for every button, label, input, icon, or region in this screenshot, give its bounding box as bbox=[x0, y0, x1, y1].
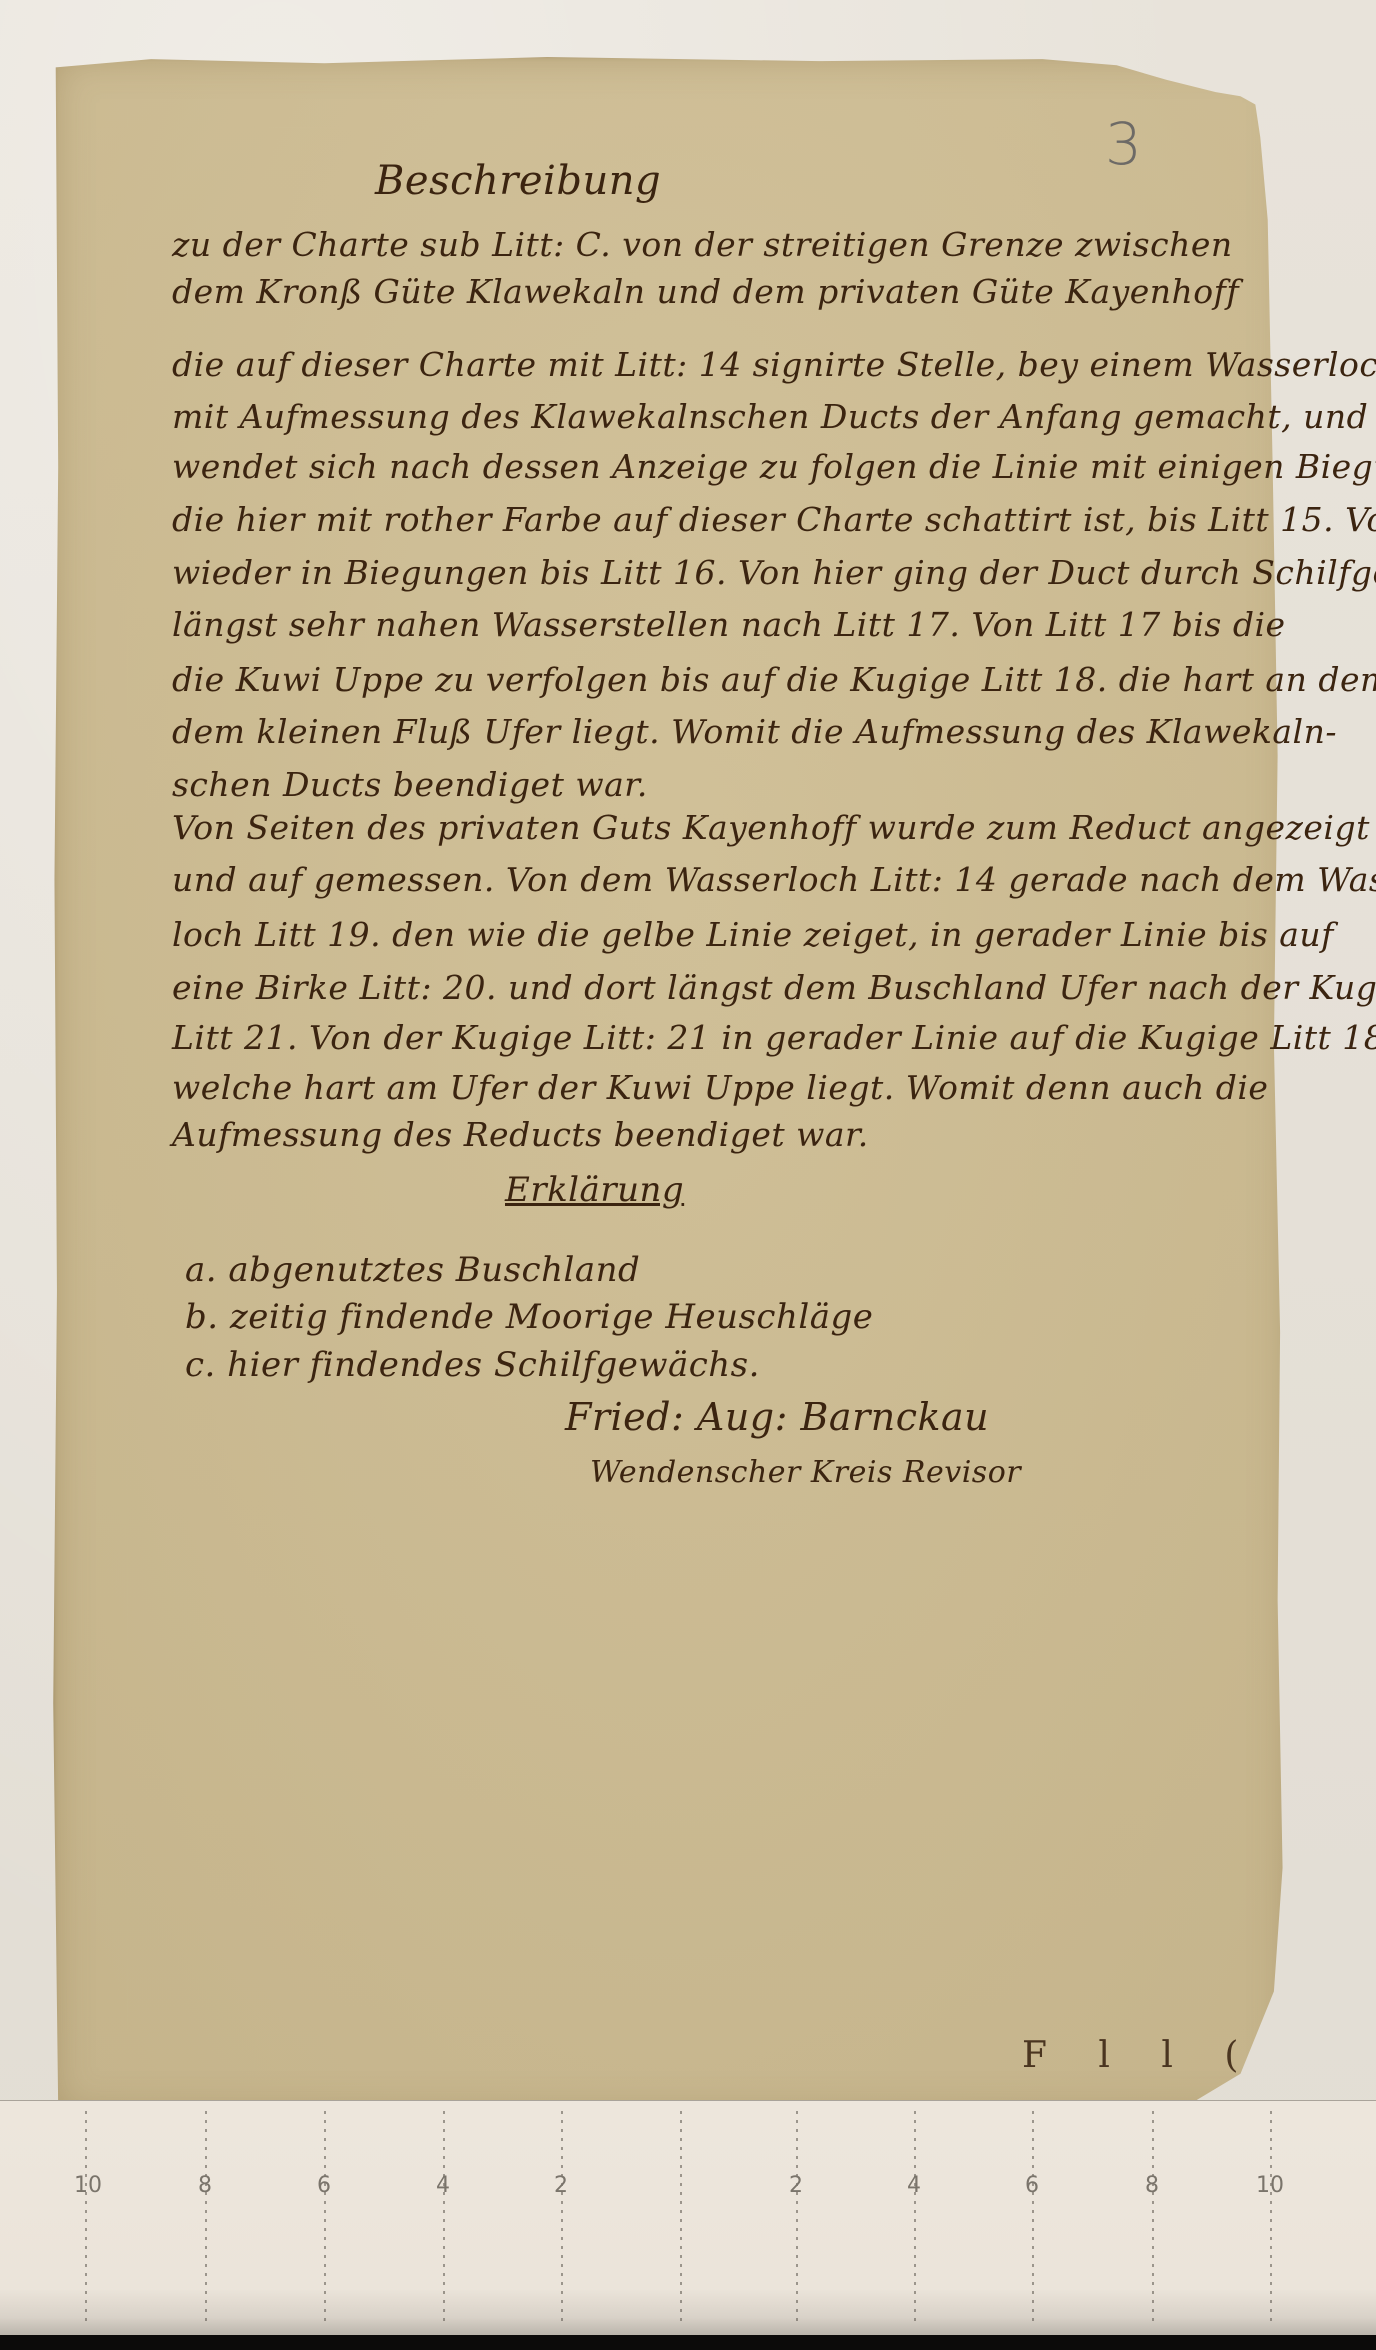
ruler-tick bbox=[1270, 2111, 1272, 2321]
ruler-label: 4 bbox=[436, 2173, 450, 2198]
measurement-ruler: 10 8 6 4 2 2 4 6 8 10 bbox=[0, 2100, 1376, 2336]
ruler-tick bbox=[1152, 2111, 1154, 2321]
ruler-label: 8 bbox=[198, 2173, 212, 2198]
legend-item: c. hier findendes Schilfgewächs. bbox=[185, 1345, 760, 1385]
ruler-tick bbox=[324, 2111, 326, 2321]
ruler-label: 6 bbox=[1025, 2173, 1039, 2198]
body-line: welche hart am Ufer der Kuwi Uppe liegt.… bbox=[172, 1068, 1268, 1107]
heading-line: zu der Charte sub Litt: C. von der strei… bbox=[172, 225, 1233, 264]
legend-key: b. bbox=[185, 1297, 219, 1337]
body-line: mit Aufmessung des Klawekalnschen Ducts … bbox=[172, 397, 1376, 436]
body-line: schen Ducts beendiget war. bbox=[172, 765, 648, 804]
signature-name: Fried: Aug: Barnckau bbox=[565, 1395, 989, 1439]
body-line: die Kuwi Uppe zu verfolgen bis auf die K… bbox=[172, 660, 1376, 699]
ruler-label: 2 bbox=[789, 2173, 803, 2198]
ruler-tick bbox=[85, 2111, 87, 2321]
body-line: längst sehr nahen Wasserstellen nach Lit… bbox=[172, 605, 1286, 644]
body-line: wieder in Biegungen bis Litt 16. Von hie… bbox=[172, 553, 1376, 592]
legend-text: hier findendes Schilfgewächs. bbox=[227, 1345, 760, 1385]
body-line: die auf dieser Charte mit Litt: 14 signi… bbox=[172, 345, 1376, 384]
body-line: Aufmessung des Reducts beendiget war. bbox=[172, 1115, 869, 1154]
ruler-tick bbox=[443, 2111, 445, 2321]
ruler-label: 8 bbox=[1145, 2173, 1159, 2198]
ruler-label: 10 bbox=[1256, 2173, 1284, 2198]
legend-key: c. bbox=[185, 1345, 216, 1385]
legend-title: Erklärung bbox=[505, 1170, 684, 1210]
document-title: Beschreibung bbox=[375, 158, 661, 204]
ruler-tick bbox=[205, 2111, 207, 2321]
body-line: dem kleinen Fluß Ufer liegt. Womit die A… bbox=[172, 712, 1337, 751]
body-line: loch Litt 19. den wie die gelbe Linie ze… bbox=[172, 915, 1334, 954]
body-line: eine Birke Litt: 20. und dort längst dem… bbox=[172, 968, 1376, 1007]
ruler-tick bbox=[1032, 2111, 1034, 2321]
legend-item: b. zeitig findende Moorige Heuschläge bbox=[185, 1297, 873, 1337]
ruler-label: 6 bbox=[317, 2173, 331, 2198]
heading-line: dem Kronß Güte Klawekaln und dem private… bbox=[172, 272, 1239, 311]
legend-text: abgenutztes Buschland bbox=[228, 1250, 640, 1290]
body-line: wendet sich nach dessen Anzeige zu folge… bbox=[172, 447, 1376, 486]
ruler-tick bbox=[561, 2111, 563, 2321]
bottom-archival-marks: F l l ( bbox=[1022, 2035, 1258, 2076]
legend-item: a. abgenutztes Buschland bbox=[185, 1250, 640, 1290]
scan-edge bbox=[0, 2335, 1376, 2350]
body-line: Von Seiten des privaten Guts Kayenhoff w… bbox=[172, 808, 1370, 847]
signature-title: Wendenscher Kreis Revisor bbox=[590, 1455, 1021, 1490]
ruler-label: 10 bbox=[74, 2173, 102, 2198]
folio-number: 3 bbox=[1105, 110, 1142, 178]
body-line: und auf gemessen. Von dem Wasserloch Lit… bbox=[172, 860, 1376, 899]
body-line: Litt 21. Von der Kugige Litt: 21 in gera… bbox=[172, 1018, 1376, 1057]
ruler-tick bbox=[796, 2111, 798, 2321]
body-line: die hier mit rother Farbe auf dieser Cha… bbox=[172, 500, 1376, 539]
ruler-tick bbox=[680, 2111, 682, 2321]
legend-key: a. bbox=[185, 1250, 217, 1290]
ruler-tick bbox=[914, 2111, 916, 2321]
ruler-label: 2 bbox=[554, 2173, 568, 2198]
legend-text: zeitig findende Moorige Heuschläge bbox=[230, 1297, 874, 1337]
ruler-label: 4 bbox=[907, 2173, 921, 2198]
